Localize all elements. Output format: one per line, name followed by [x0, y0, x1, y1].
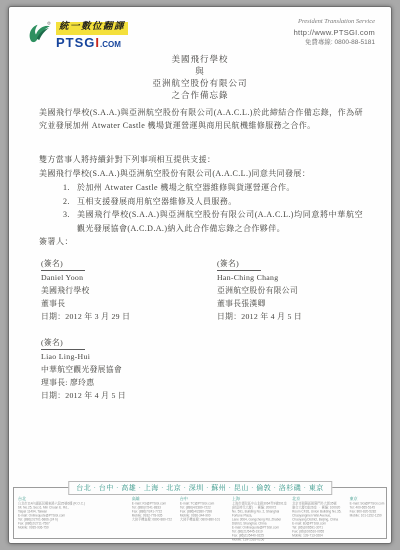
- title-line-3: 亞洲航空股份有限公司: [9, 77, 391, 89]
- office-column-kaohsiung: 高雄 E-mail: KS@PTSGI.com Tel: (886)7/241-…: [132, 496, 175, 544]
- sign-here-label: (簽名): [217, 257, 261, 271]
- signature-block-aacl: (簽名) Han-Ching Chang 亞洲航空股份有限公司 董事長張漢卿 日…: [217, 257, 367, 323]
- office-column-taichung: 台中 E-mail: TC@PTSGI.com Tel: (886)4/2380…: [180, 496, 227, 544]
- memo-section-2: 雙方當事人將持續針對下列事項相互提供支援： 美國飛行學校(S.A.A.)與亞洲航…: [39, 153, 363, 235]
- list-item-text: 於加州 Atwater Castle 機場之航空器維修與貨運營運合作。: [77, 181, 363, 195]
- office-contact-lines: 上海市普陀區中山北路3064弄9號591室 (財富時代大廈) ‧ 郵編: 200…: [232, 502, 287, 542]
- office-city-label: 上海: [232, 496, 287, 502]
- signer-title: 董事長: [41, 297, 217, 310]
- office-contact-lines: 北京市朝陽區朝陽門外大街35號 聯合大廈C座26室 ‧ 郵編: 100020 R…: [292, 502, 345, 538]
- title-line-1: 美國飛行學校: [9, 53, 391, 65]
- office-contact-lines: E-mail: SG@PTSGI.com Tel: 400-655-5145 F…: [350, 502, 390, 518]
- signer-name: Liao Ling-Hui: [41, 350, 217, 363]
- signer-org: 亞洲航空股份有限公司: [217, 284, 367, 297]
- office-city-label: 東京: [350, 496, 390, 502]
- service-name: President Translation Service: [294, 17, 375, 27]
- memo-paragraph-1: 美國飛行學校(S.A.A.)與亞洲航空股份有限公司(A.A.C.L.)於此締結合…: [39, 106, 363, 132]
- office-city-label: 高雄: [132, 496, 175, 502]
- office-contact-lines: E-mail: KS@PTSGI.com Tel: (886)7/241-883…: [132, 502, 175, 522]
- list-item-number: 2.: [63, 195, 77, 209]
- signer-name: Daniel Yoon: [41, 271, 217, 284]
- signature-area: (簽名) Daniel Yoon 美國飛行學校 董事長 日期：2012 年 3 …: [41, 257, 367, 402]
- signer-title: 理事長: 廖玲惠: [41, 376, 217, 389]
- list-item-number: 3.: [63, 208, 77, 235]
- logo-chinese-name: 統一數位翻譯: [56, 22, 128, 35]
- signer-org: 美國飛行學校: [41, 284, 217, 297]
- scan-background: 統一數位翻譯 PTSGI.COM President Translation S…: [0, 0, 400, 550]
- list-item-number: 1.: [63, 181, 77, 195]
- title-line-4: 之合作備忘錄: [9, 89, 391, 101]
- memo-intro-line-2: 美國飛行學校(S.A.A.)與亞洲航空股份有限公司(A.A.C.L.)同意共同發…: [39, 167, 363, 181]
- list-item-text: 互相支援發展商用航空器維修及人員服務。: [77, 195, 363, 209]
- signature-block-saa: (簽名) Daniel Yoon 美國飛行學校 董事長 日期：2012 年 3 …: [41, 257, 217, 323]
- office-column-shanghai: 上海 上海市普陀區中山北路3064弄9號591室 (財富時代大廈) ‧ 郵編: …: [232, 496, 287, 544]
- memo-intro-line-1: 雙方當事人將持續針對下列事項相互提供支援：: [39, 153, 363, 167]
- website-url: http://www.PTSGI.com: [294, 27, 375, 38]
- signer-name: Han-Ching Chang: [217, 271, 367, 284]
- office-contact-lines: E-mail: TC@PTSGI.com Tel: (886)4/2380-72…: [180, 502, 227, 522]
- office-city-label: 北京: [292, 496, 345, 502]
- hotline: 免費專線: 0800-88-5181: [294, 38, 375, 48]
- office-column-taipei: 台北 台北市114內湖區民權東路六段25號6樓 (R.O.C.) 6F, No.…: [18, 496, 127, 544]
- office-city-label: 台北: [18, 496, 127, 502]
- signer-date: 日期：2012 年 4 月 5 日: [41, 389, 217, 402]
- ptsgi-logo: 統一數位翻譯 PTSGI.COM: [27, 17, 128, 49]
- list-item: 3. 美國飛行學校(S.A.A.)與亞洲航空股份有限公司(A.A.C.L.)均同…: [39, 208, 363, 235]
- sign-here-label: (簽名): [41, 336, 85, 350]
- signer-date: 日期：2012 年 4 月 5 日: [217, 310, 367, 323]
- document-title: 美國飛行學校 與 亞洲航空股份有限公司 之合作備忘錄: [9, 53, 391, 101]
- cities-banner: 台北‧台中‧高雄‧上海‧北京‧深圳‧蘇州‧昆山‧倫敦‧洛杉磯‧東京: [68, 481, 332, 495]
- letterhead: 統一數位翻譯 PTSGI.COM President Translation S…: [27, 17, 375, 49]
- list-item-text: 美國飛行學校(S.A.A.)與亞洲航空股份有限公司(A.A.C.L.)均同意將中…: [77, 208, 363, 235]
- memo-list: 1. 於加州 Atwater Castle 機場之航空器維修與貨運營運合作。 2…: [39, 181, 363, 235]
- office-city-label: 台中: [180, 496, 227, 502]
- signer-date: 日期：2012 年 3 月 29 日: [41, 310, 217, 323]
- list-item: 2. 互相支援發展商用航空器維修及人員服務。: [39, 195, 363, 209]
- sign-here-label: (簽名): [41, 257, 85, 271]
- document-page: 統一數位翻譯 PTSGI.COM President Translation S…: [8, 6, 392, 544]
- footer-offices: 台北‧台中‧高雄‧上海‧北京‧深圳‧蘇州‧昆山‧倫敦‧洛杉磯‧東京 台北 台北市…: [13, 487, 387, 539]
- logo-domain-name: PTSGI.COM: [56, 36, 128, 49]
- signer-org: 中華航空觀光發展協會: [41, 363, 217, 376]
- office-column-beijing: 北京 北京市朝陽區朝陽門外大街35號 聯合大廈C座26室 ‧ 郵編: 10002…: [292, 496, 345, 544]
- ptsgi-swoosh-icon: [27, 19, 53, 45]
- registered-mark-icon: [48, 22, 50, 24]
- signers-label: 簽署人：: [39, 236, 73, 247]
- list-item: 1. 於加州 Atwater Castle 機場之航空器維修與貨運營運合作。: [39, 181, 363, 195]
- signature-block-acda: (簽名) Liao Ling-Hui 中華航空觀光發展協會 理事長: 廖玲惠 日…: [41, 336, 217, 402]
- signer-title: 董事長張漢卿: [217, 297, 367, 310]
- office-column-tokyo: 東京 E-mail: SG@PTSGI.com Tel: 400-655-514…: [350, 496, 390, 544]
- office-columns: 台北 台北市114內湖區民權東路六段25號6樓 (R.O.C.) 6F, No.…: [18, 496, 390, 544]
- letterhead-contact: President Translation Service http://www…: [294, 17, 375, 49]
- title-line-2: 與: [9, 65, 391, 77]
- office-contact-lines: 台北市114內湖區民權東路六段25號6樓 (R.O.C.) 6F, No.25,…: [18, 502, 127, 530]
